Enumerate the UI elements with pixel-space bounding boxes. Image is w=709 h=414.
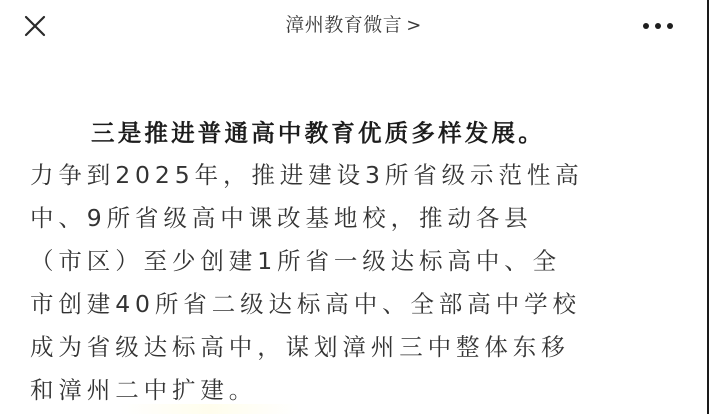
account-title: 漳州教育微言 [285, 14, 402, 36]
article-text-line: 市创建40所省二级达标高中、全部高中学校 [30, 283, 690, 326]
bottom-tint [120, 404, 300, 414]
chevron-right-icon: > [406, 11, 422, 41]
article-text-line: 力争到2025年，推进建设3所省级示范性高 [30, 154, 690, 197]
article-text-line: 中、9所省级高中课改基地校，推动各县 [30, 197, 690, 240]
article-body: 三是推进普通高中教育优质多样发展。 力争到2025年，推进建设3所省级示范性高 … [30, 112, 690, 412]
article-text-line: 成为省级达标高中，谋划漳州三中整体东移 [30, 326, 690, 369]
title-area: 漳州教育微言> [0, 10, 707, 41]
article-headline: 三是推进普通高中教育优质多样发展。 [91, 112, 690, 154]
top-navigation-bar: 漳州教育微言> [0, 0, 707, 52]
account-title-link[interactable]: 漳州教育微言> [285, 10, 422, 41]
more-dots-icon [655, 23, 661, 29]
more-dots-icon [643, 23, 649, 29]
more-options-button[interactable] [636, 13, 680, 39]
article-text-line: （市区）至少创建1所省一级达标高中、全 [30, 240, 690, 283]
more-dots-icon [667, 23, 673, 29]
